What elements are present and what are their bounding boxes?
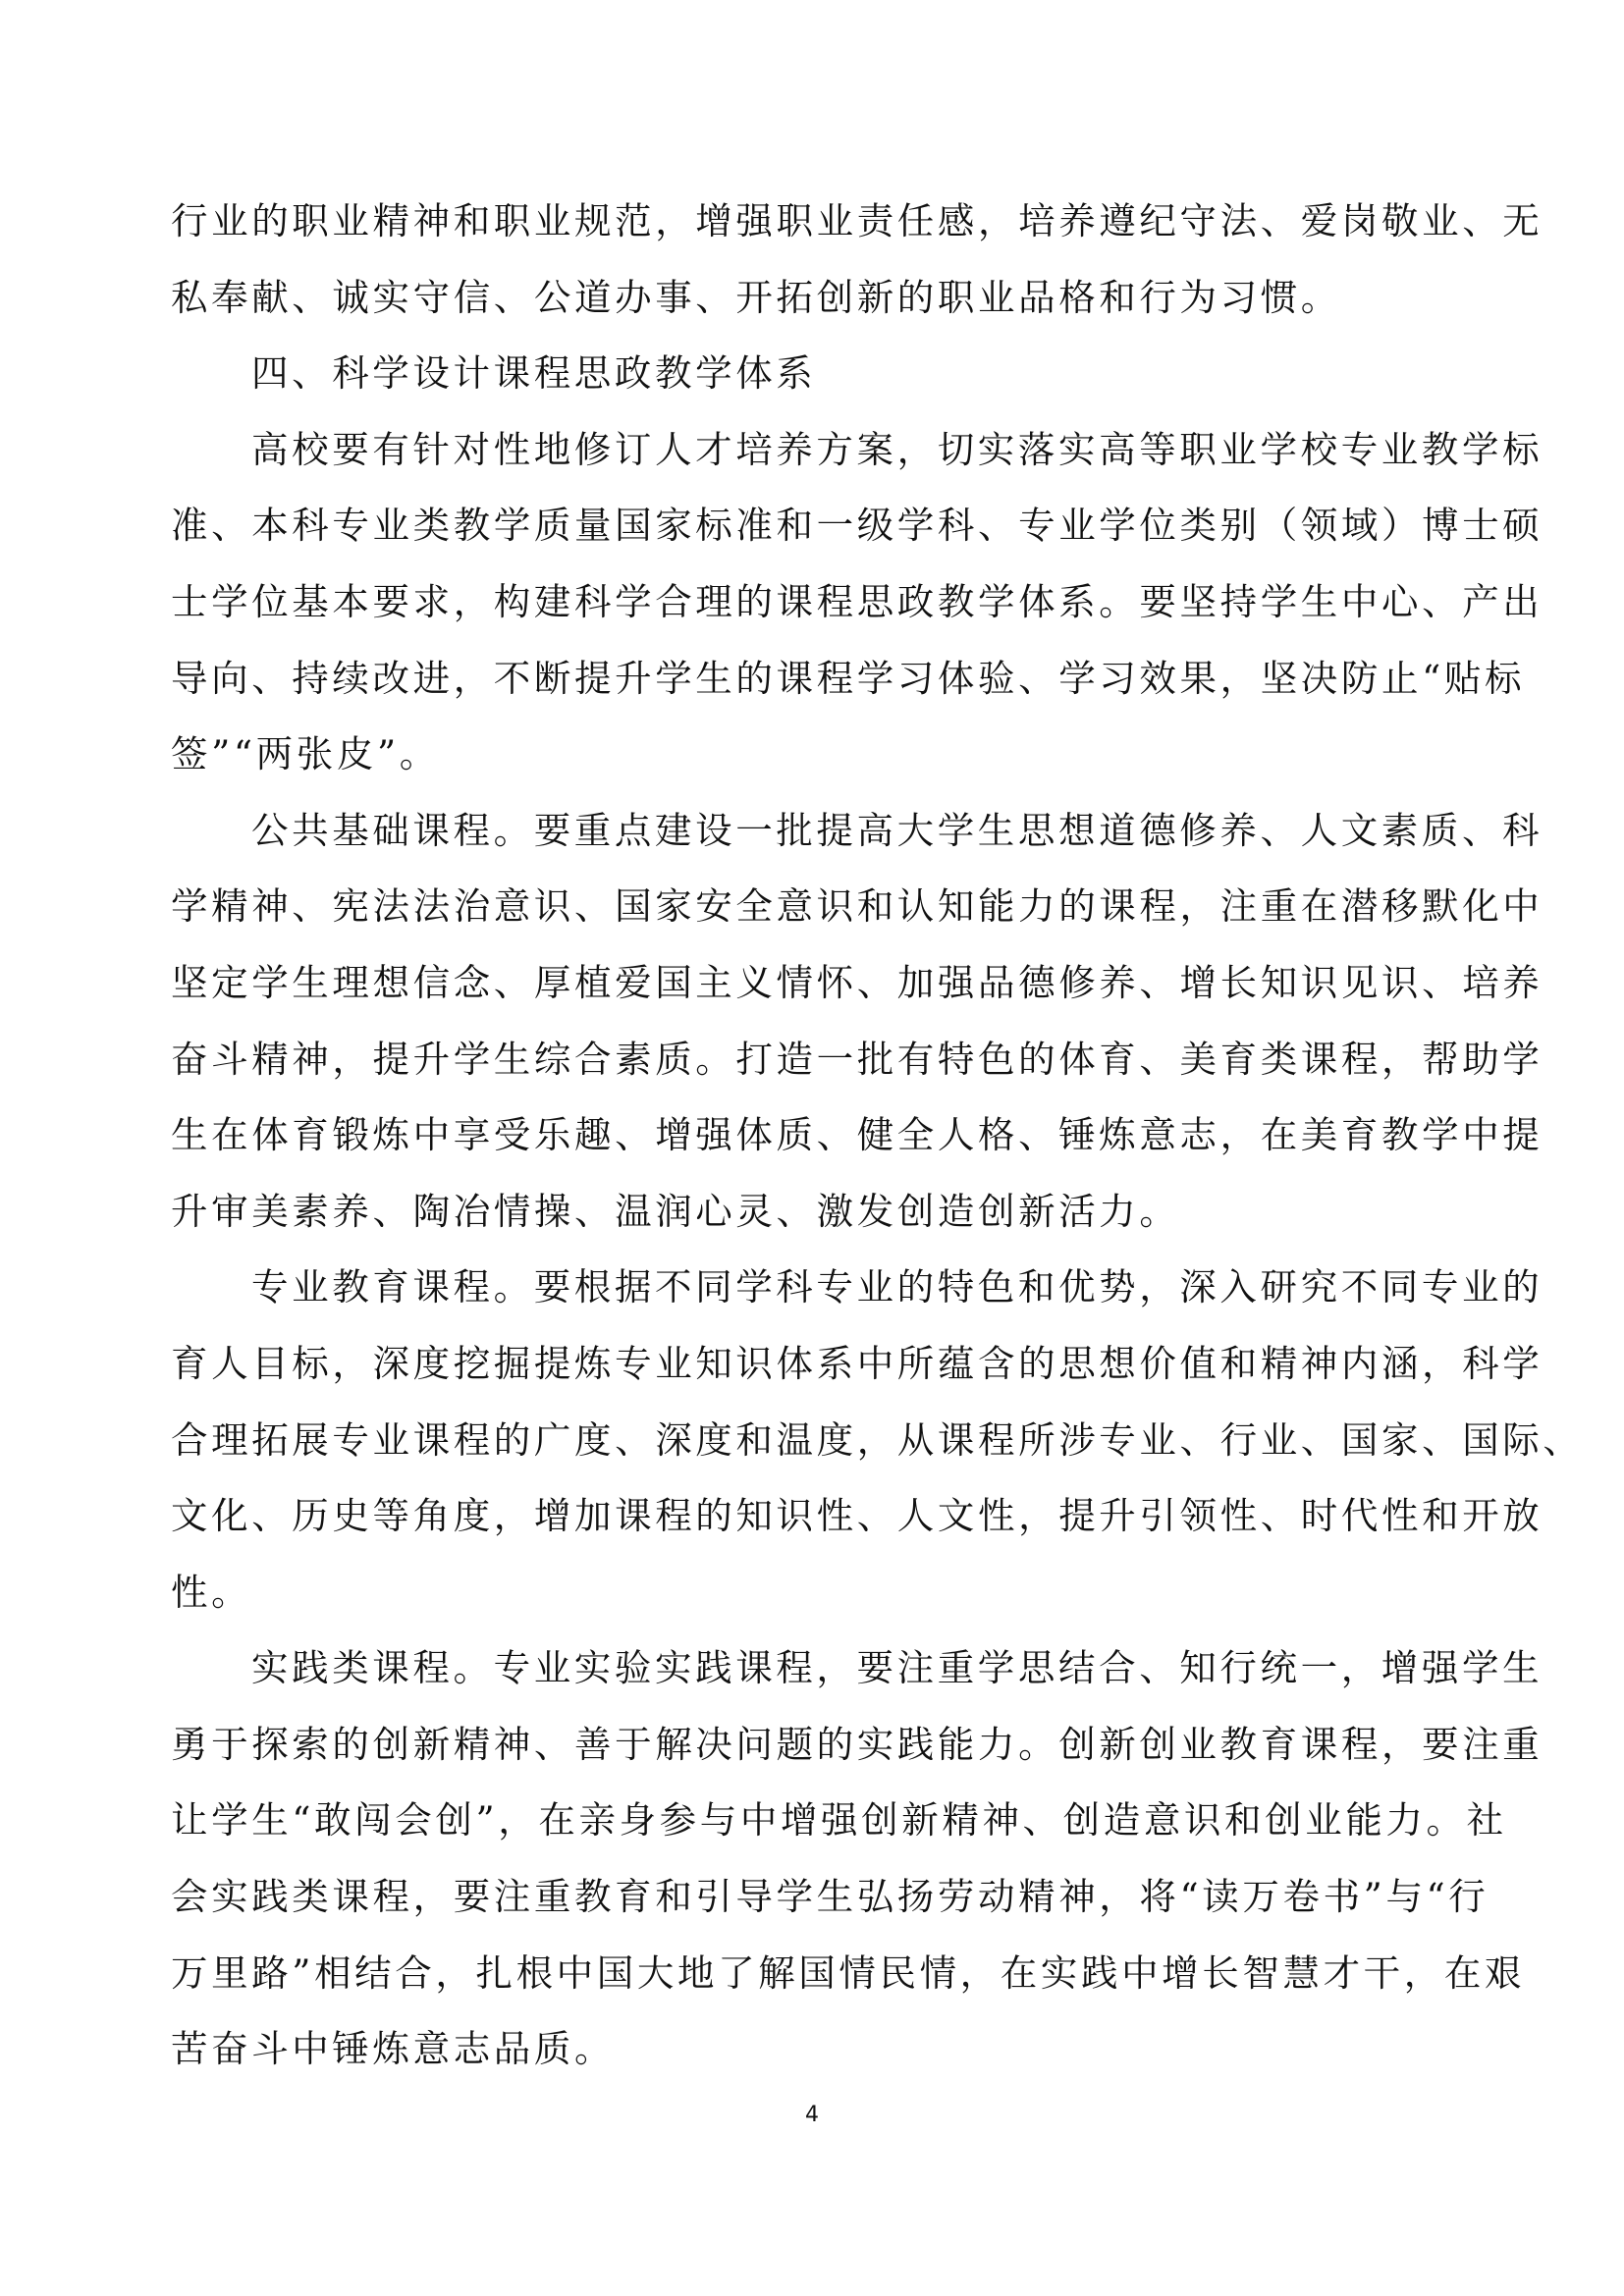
text-line: 让学生“敢闯会创”，在亲身参与中增强创新精神、创造意识和创业能力。社 <box>171 1783 1457 1859</box>
text-line: 行业的职业精神和职业规范，增强职业责任感，培养遵纪守法、爱岗敬业、无 <box>171 184 1457 260</box>
text-line: 奋斗精神，提升学生综合素质。打造一批有特色的体育、美育类课程，帮助学 <box>171 1022 1457 1098</box>
text-line: 文化、历史等角度，增加课程的知识性、人文性，提升引领性、时代性和开放 <box>171 1478 1457 1555</box>
text-line: 性。 <box>171 1555 1457 1631</box>
text-line: 合理拓展专业课程的广度、深度和温度，从课程所涉专业、行业、国家、国际、 <box>171 1403 1457 1479</box>
text-line: 签”“两张皮”。 <box>171 717 1457 793</box>
text-line: 私奉献、诚实守信、公道办事、开拓创新的职业品格和行为习惯。 <box>171 260 1457 337</box>
text-line: 高校要有针对性地修订人才培养方案，切实落实高等职业学校专业教学标 <box>171 412 1457 489</box>
text-line: 勇于探索的创新精神、善于解决问题的实践能力。创新创业教育课程，要注重 <box>171 1707 1457 1784</box>
text-line: 公共基础课程。要重点建设一批提高大学生思想道德修养、人文素质、科 <box>171 793 1457 870</box>
section-heading: 四、科学设计课程思政教学体系 <box>171 336 1457 412</box>
document-page: 行业的职业精神和职业规范，增强职业责任感，培养遵纪守法、爱岗敬业、无 私奉献、诚… <box>0 0 1624 2296</box>
text-line: 升审美素养、陶冶情操、温润心灵、激发创造创新活力。 <box>171 1174 1457 1251</box>
text-line: 育人目标，深度挖掘提炼专业知识体系中所蕴含的思想价值和精神内涵，科学 <box>171 1326 1457 1403</box>
text-line: 坚定学生理想信念、厚植爱国主义情怀、加强品德修养、增长知识见识、培养 <box>171 945 1457 1022</box>
text-line: 苦奋斗中锤炼意志品质。 <box>171 2011 1457 2088</box>
text-line: 实践类课程。专业实验实践课程，要注重学思结合、知行统一，增强学生 <box>171 1630 1457 1707</box>
page-number: 4 <box>0 2103 1624 2127</box>
text-line: 学精神、宪法法治意识、国家安全意识和认知能力的课程，注重在潜移默化中 <box>171 869 1457 945</box>
text-line: 专业教育课程。要根据不同学科专业的特色和优势，深入研究不同专业的 <box>171 1250 1457 1326</box>
text-line: 生在体育锻炼中享受乐趣、增强体质、健全人格、锤炼意志，在美育教学中提 <box>171 1097 1457 1174</box>
text-line: 导向、持续改进，不断提升学生的课程学习体验、学习效果，坚决防止“贴标 <box>171 641 1457 718</box>
text-line: 万里路”相结合，扎根中国大地了解国情民情，在实践中增长智慧才干，在艰 <box>171 1936 1457 2012</box>
text-line: 士学位基本要求，构建科学合理的课程思政教学体系。要坚持学生中心、产出 <box>171 564 1457 641</box>
text-line: 会实践类课程，要注重教育和引导学生弘扬劳动精神，将“读万卷书”与“行 <box>171 1859 1457 1936</box>
body-text: 行业的职业精神和职业规范，增强职业责任感，培养遵纪守法、爱岗敬业、无 私奉献、诚… <box>171 184 1457 2088</box>
text-line: 准、本科专业类教学质量国家标准和一级学科、专业学位类别（领域）博士硕 <box>171 488 1457 564</box>
